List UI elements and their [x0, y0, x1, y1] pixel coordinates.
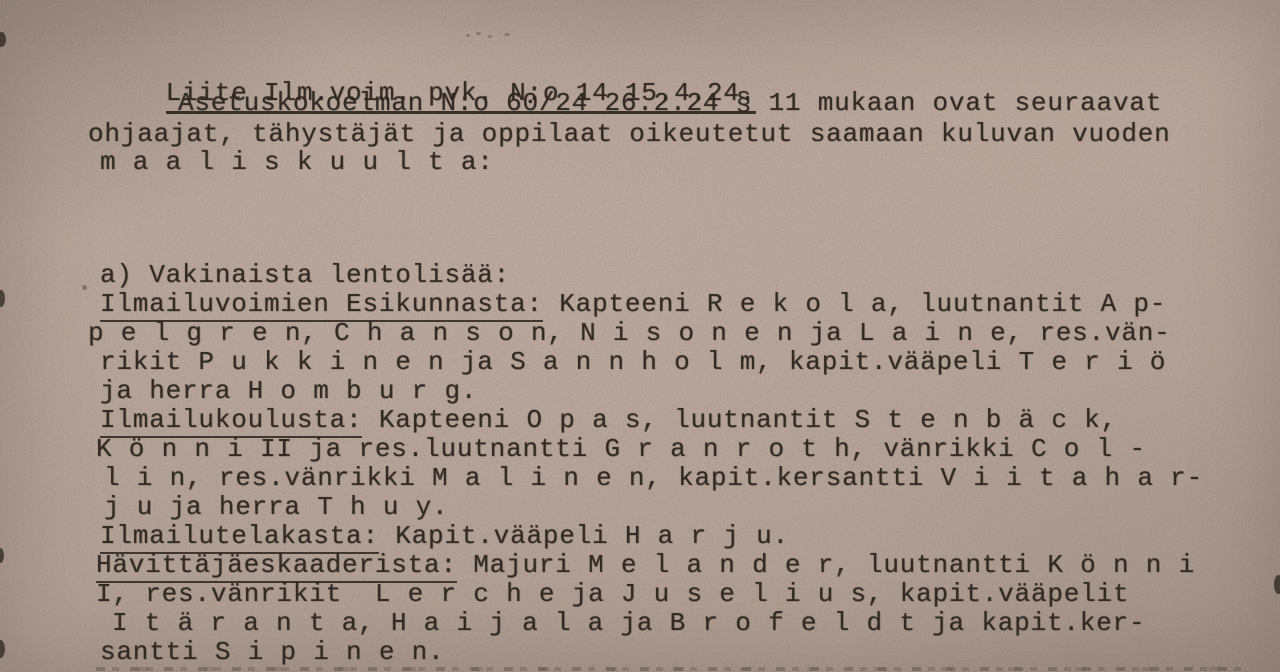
edge-speck	[0, 640, 5, 658]
text-segment: Kapit.vääpeli H a r j u.	[379, 521, 789, 551]
text-segment: I, res.vänrikit L e r c h e ja J u s e l…	[96, 579, 1129, 609]
scanned-document-page: Liite Ilm.voim. pvk. N:o 14 15.4.24. Ase…	[0, 0, 1280, 672]
text-line: Ilmailutelakasta: Kapit.vääpeli H a r j …	[100, 522, 789, 551]
text-line: I, res.vänrikit L e r c h e ja J u s e l…	[96, 580, 1129, 609]
text-line: Ilmailukoulusta: Kapteeni O p a s, luutn…	[100, 406, 1117, 435]
text-segment: a) Vakinaista lentolisää:	[100, 260, 510, 290]
text-line: j u ja herra T h u y.	[104, 493, 448, 522]
text-line: ohjaajat, tähystäjät ja oppilaat oikeute…	[88, 120, 1171, 149]
text-segment: ja herra H o m b u r g.	[100, 376, 477, 406]
text-line: Ilmailuvoimien Esikunnasta: Kapteeni R e…	[100, 290, 1166, 319]
text-line: santti S i p i n e n.	[100, 638, 444, 667]
text-segment: santti S i p i n e n.	[100, 637, 444, 667]
text-segment: p e l g r e n, C h a n s o n, N i s o n …	[88, 318, 1171, 348]
text-segment: m a a l i s k u u l t a:	[100, 147, 494, 177]
text-segment: Kapteeni O p a s, luutnantit S t e n b ä…	[362, 405, 1117, 435]
ink-speck	[82, 285, 87, 290]
text-segment: Kapteeni R e k o l a, luutnantit A p-	[543, 289, 1166, 319]
text-segment: Asetuskokoelman N:o 60/24 26.2.24 § 11 m…	[178, 88, 1162, 118]
text-line: l i n, res.vänrikki M a l i n e n, kapit…	[104, 464, 1203, 493]
text-segment: ohjaajat, tähystäjät ja oppilaat oikeute…	[88, 119, 1171, 149]
edge-speck	[0, 32, 6, 47]
text-segment: j u ja herra T h u y.	[104, 492, 448, 522]
edge-speck	[0, 290, 5, 307]
text-line: Hävittäjäeskaaderista: Majuri M e l a n …	[96, 551, 1195, 580]
text-segment: I t ä r a n t a, H a i j a l a ja B r o …	[112, 608, 1145, 638]
text-line: K ö n n i II ja res.luutnantti G r a n r…	[96, 435, 1146, 464]
text-segment: Majuri M e l a n d e r, luutnantti K ö n…	[457, 550, 1195, 580]
text-line: Asetuskokoelman N:o 60/24 26.2.24 § 11 m…	[178, 89, 1162, 118]
text-line: m a a l i s k u u l t a:	[100, 148, 494, 177]
text-line: rikit P u k k i n e n ja S a n n h o l m…	[100, 348, 1166, 377]
text-line: a) Vakinaista lentolisää:	[100, 261, 510, 290]
text-segment: rikit P u k k i n e n ja S a n n h o l m…	[100, 347, 1166, 377]
text-line: ja herra H o m b u r g.	[100, 377, 477, 406]
text-line: p e l g r e n, C h a n s o n, N i s o n …	[88, 319, 1171, 348]
edge-speck	[0, 548, 4, 563]
text-segment: K ö n n i II ja res.luutnantti G r a n r…	[96, 434, 1146, 464]
text-segment: l i n, res.vänrikki M a l i n e n, kapit…	[104, 463, 1203, 493]
text-line: I t ä r a n t a, H a i j a l a ja B r o …	[112, 609, 1145, 638]
edge-speck	[1274, 575, 1280, 594]
